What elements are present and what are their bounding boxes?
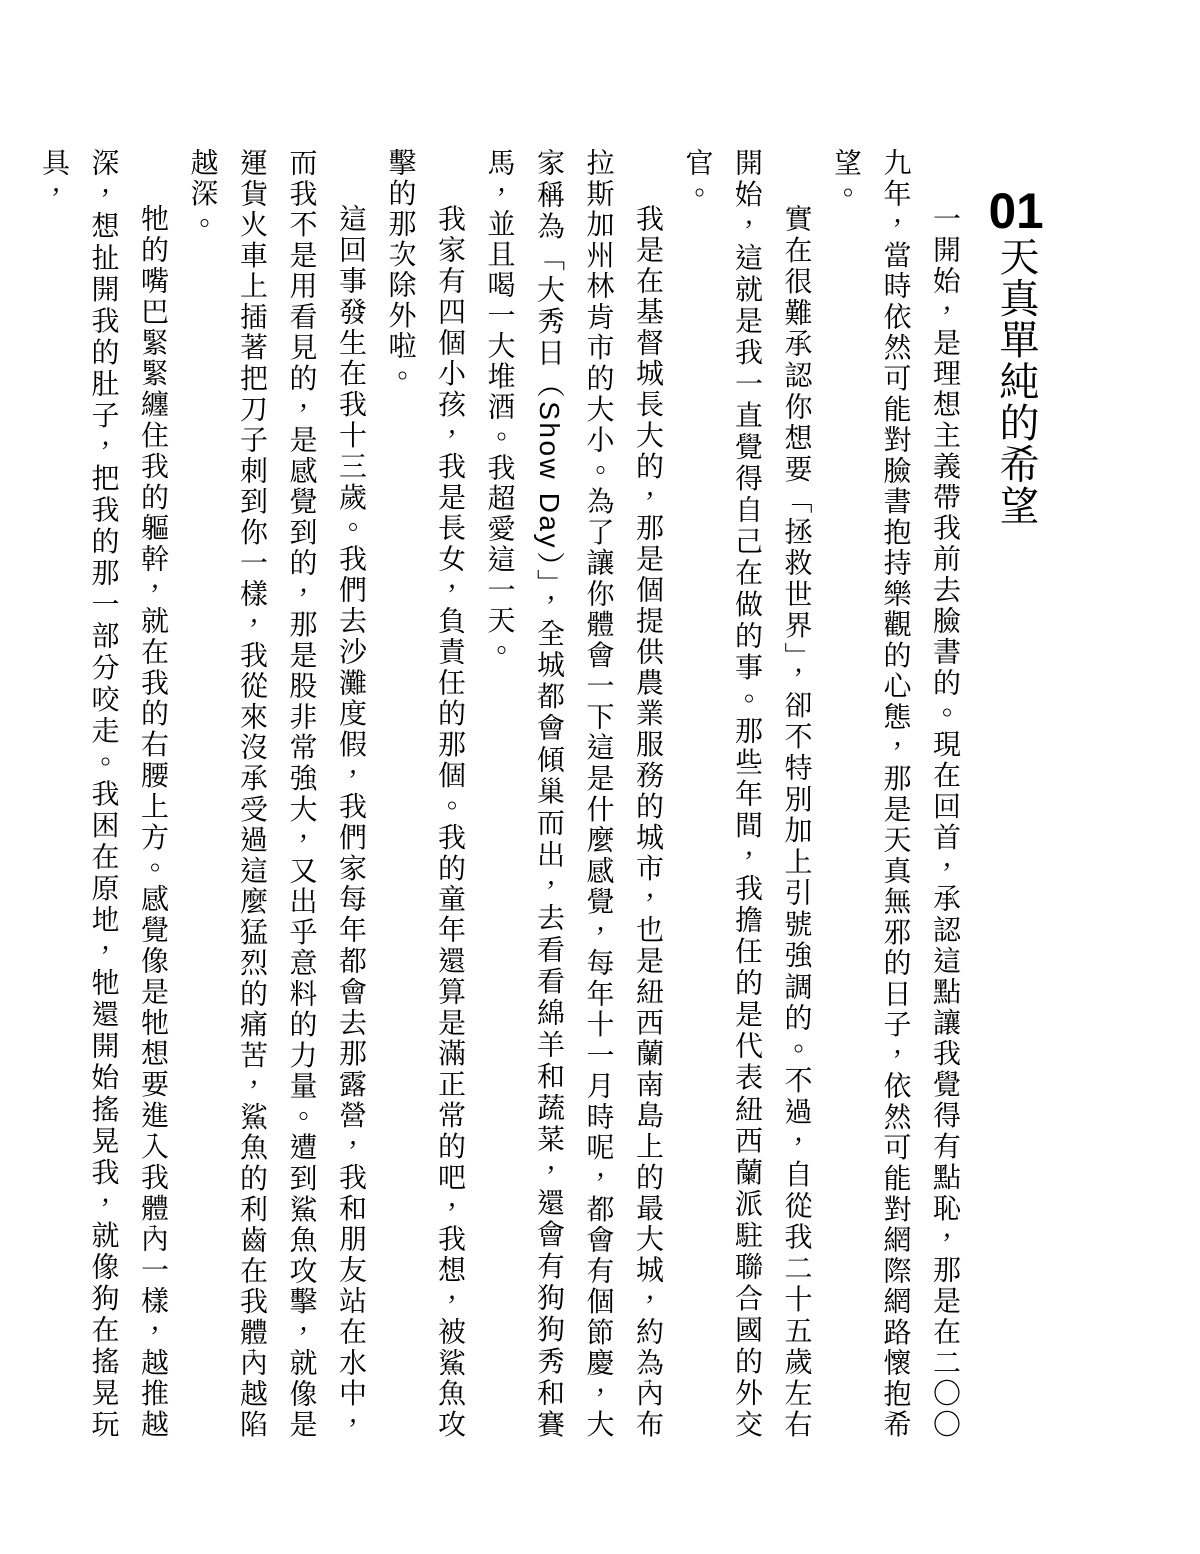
paragraph-6: 牠的嘴巴緊緊纏住我的軀幹，就在我的右腰上方。感覺像是牠想要進入我體內一樣，越推越…	[30, 148, 179, 1440]
paragraph-2: 實在很難承認你想要「拯救世界」，卻不特別加上引號強調的。不過，自從我二十五歲左右…	[673, 148, 822, 1440]
paragraph-1: 一開始，是理想主義帶我前去臉書的。現在回首，承認這點讓我覺得有點恥，那是在二〇〇…	[822, 148, 971, 1440]
paragraph-5: 這回事發生在我十三歲。我們去沙灘度假，我們家每年都會去那露營，我和朋友站在水中，…	[178, 148, 376, 1440]
chapter-number: 01	[988, 186, 1044, 236]
paragraph-3: 我是在基督城長大的，那是個提供農業服務的城市，也是紐西蘭南島上的最大城，約為內布…	[475, 148, 673, 1440]
paragraph-4: 我家有四個小孩，我是長女，負責任的那個。我的童年還算是滿正常的吧，我想，被鯊魚攻…	[376, 148, 475, 1440]
chapter-body: 一開始，是理想主義帶我前去臉書的。現在回首，承認這點讓我覺得有點恥，那是在二〇〇…	[30, 148, 971, 1440]
book-page: 01天真單純的希望 一開始，是理想主義帶我前去臉書的。現在回首，承認這點讓我覺得…	[0, 0, 1200, 1554]
chapter-header: 01天真單純的希望	[984, 186, 1048, 527]
chapter-title: 天真單純的希望	[994, 236, 1038, 527]
